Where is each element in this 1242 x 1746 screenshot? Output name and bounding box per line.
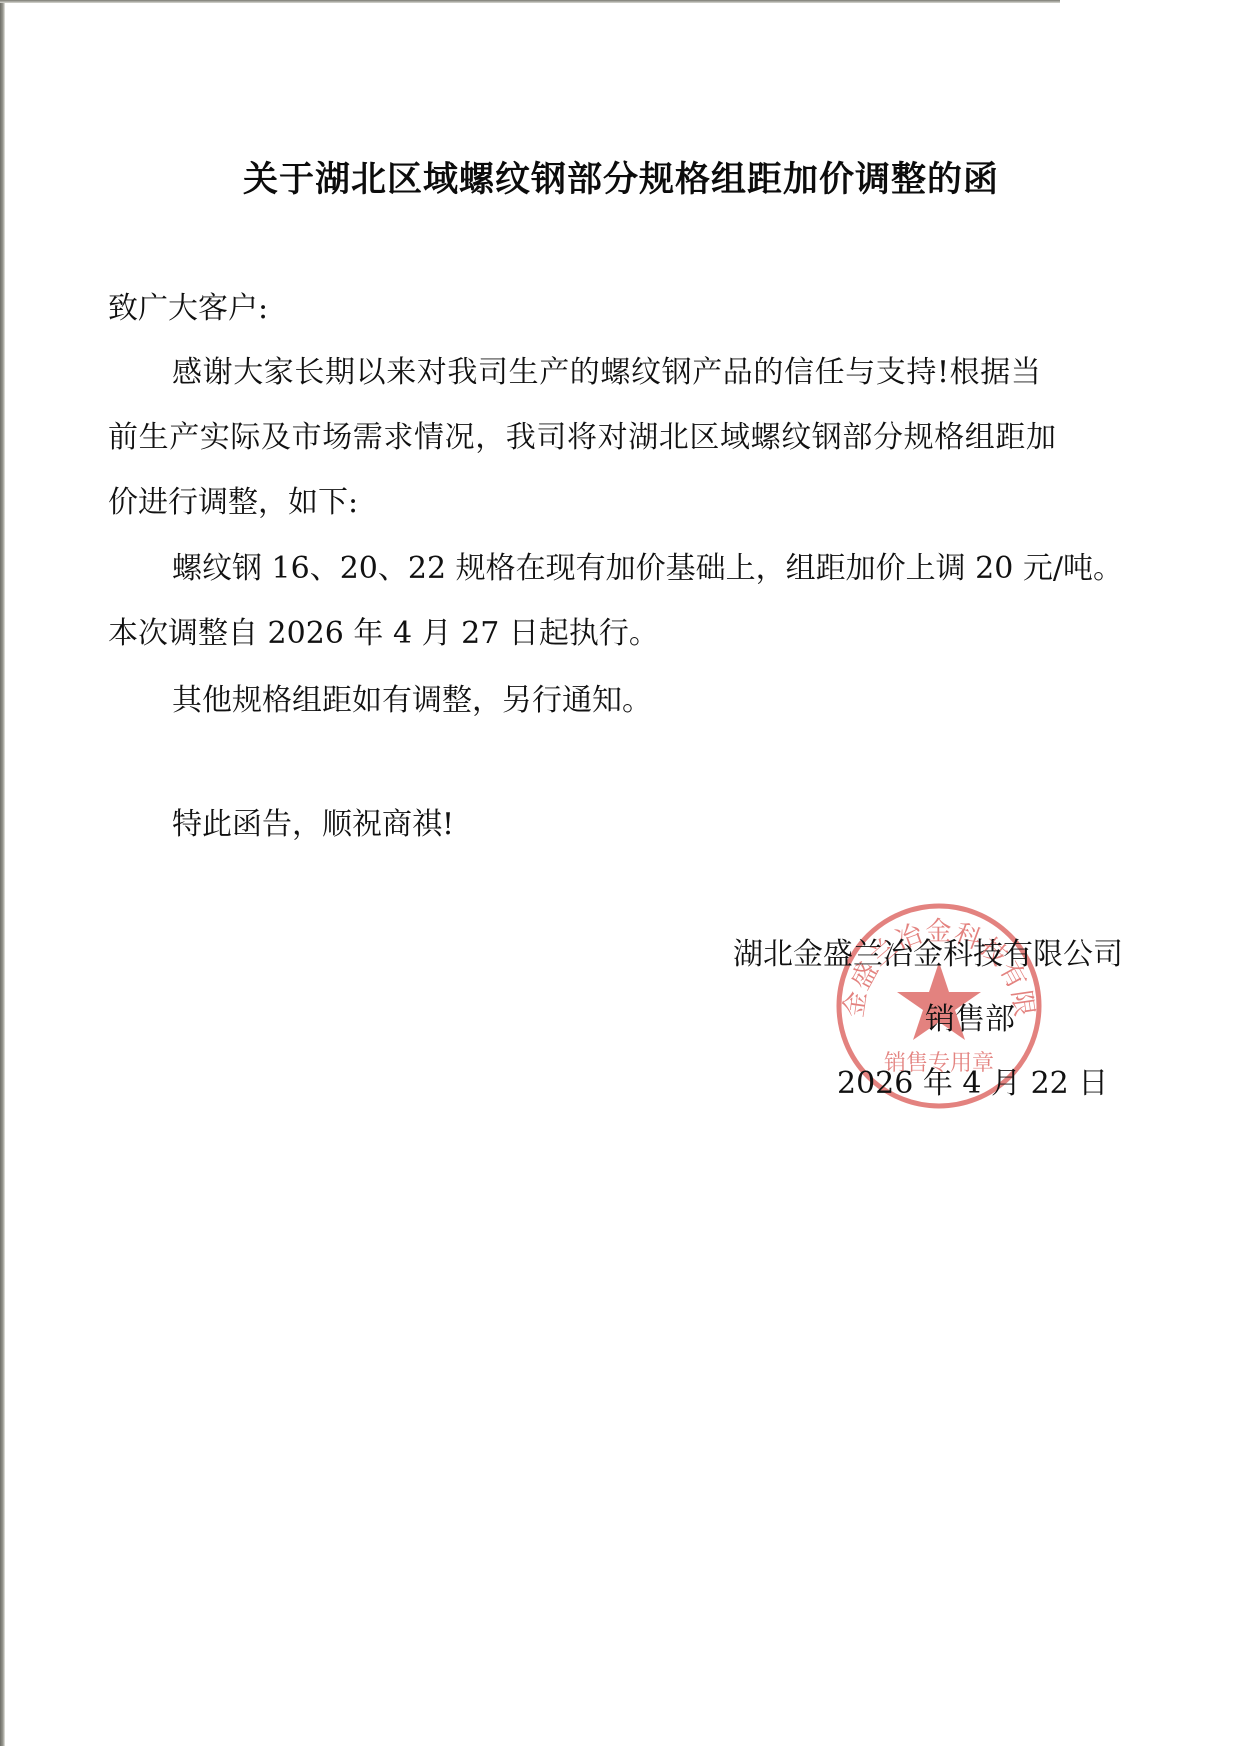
- salutation: 致广大客户:: [108, 289, 268, 329]
- signature-company: 湖北金盛兰冶金科技有限公司: [733, 935, 1123, 975]
- paragraph-2-line-2: 本次调整自 2026 年 4 月 27 日起执行。: [108, 614, 659, 654]
- signature-date: 2026 年 4 月 22 日: [837, 1064, 1108, 1104]
- letter-page: 关于湖北区域螺纹钢部分规格组距加价调整的函 致广大客户: 感谢大家长期以来对我司…: [0, 0, 1242, 1746]
- paragraph-1-line-2: 前生产实际及市场需求情况，我司将对湖北区域螺纹钢部分规格组距加: [108, 418, 1057, 458]
- paragraph-1-line-3: 价进行调整，如下:: [108, 483, 358, 523]
- paragraph-2-line-1: 螺纹钢 16、20、22 规格在现有加价基础上，组距加价上调 20 元/吨。: [172, 549, 1123, 589]
- paragraph-3: 其他规格组距如有调整，另行通知。: [172, 681, 652, 721]
- paragraph-1-line-1: 感谢大家长期以来对我司生产的螺纹钢产品的信任与支持!根据当: [172, 353, 1041, 393]
- document-title: 关于湖北区域螺纹钢部分规格组距加价调整的函: [0, 152, 1242, 202]
- signature-department: 销售部: [925, 1000, 1015, 1040]
- closing-remark: 特此函告，顺祝商祺!: [172, 805, 454, 845]
